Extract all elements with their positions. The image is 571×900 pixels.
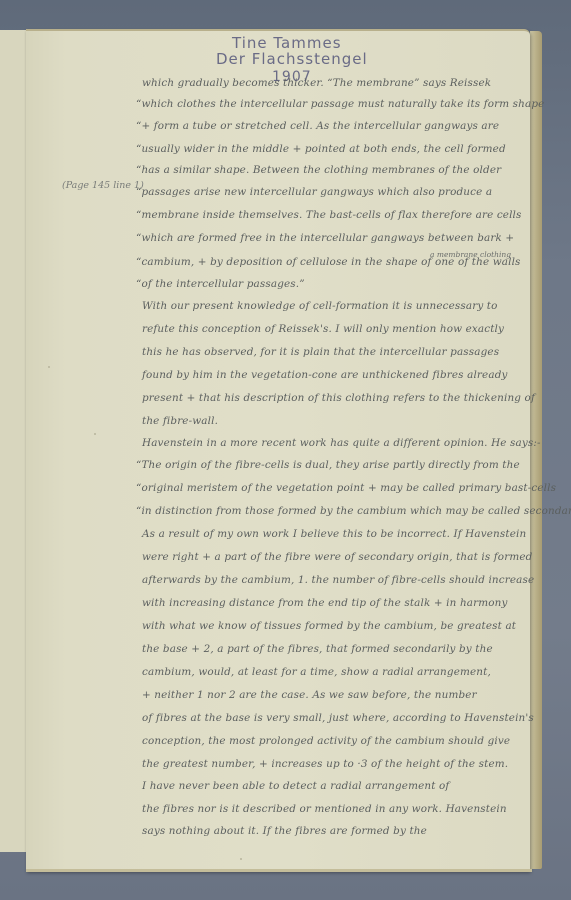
- stamp-title: Der Flachsstengel: [216, 50, 368, 68]
- text-line: of fibres at the base is very small, jus…: [142, 712, 534, 724]
- text-line: Havenstein in a more recent work has qui…: [142, 437, 541, 449]
- text-line: conception, the most prolonged activity …: [142, 735, 510, 747]
- paper-speck: [240, 858, 242, 860]
- text-line: “membrane inside themselves. The bast-ce…: [136, 209, 522, 221]
- text-line: present + that his description of this c…: [142, 392, 535, 404]
- margin-note: (Page 145 line 1): [62, 180, 144, 191]
- text-line: “in distinction from those formed by the…: [136, 505, 571, 517]
- page-stack-edge: [530, 31, 542, 869]
- text-line: “cambium, + by deposition of cellulose i…: [136, 256, 521, 268]
- text-line: As a result of my own work I believe thi…: [142, 528, 526, 540]
- text-line: with what we know of tissues formed by t…: [142, 620, 516, 632]
- text-line: the base + 2, a part of the fibres, that…: [142, 643, 493, 655]
- text-line: “has a similar shape. Between the clothi…: [136, 164, 501, 176]
- text-line: With our present knowledge of cell-forma…: [142, 300, 498, 312]
- text-line: were right + a part of the fibre were of…: [142, 551, 532, 563]
- text-line: the fibres nor is it described or mentio…: [142, 803, 507, 815]
- text-line: found by him in the vegetation-cone are …: [142, 369, 508, 381]
- text-line: I have never been able to detect a radia…: [142, 780, 449, 792]
- text-line: this he has observed, for it is plain th…: [142, 346, 499, 358]
- text-line: “which clothes the intercellular passage…: [136, 98, 544, 110]
- text-line: “usually wider in the middle + pointed a…: [136, 143, 506, 155]
- text-line: + neither 1 nor 2 are the case. As we sa…: [142, 689, 477, 701]
- text-line: “which are formed free in the intercellu…: [136, 232, 514, 244]
- text-line: refute this conception of Reissek's. I w…: [142, 323, 504, 335]
- text-line: “passages arise new intercellular gangwa…: [136, 186, 492, 198]
- text-line: afterwards by the cambium, 1. the number…: [142, 574, 534, 586]
- text-line: “The origin of the fibre-cells is dual, …: [136, 459, 520, 471]
- text-line: which gradually becomes thicker. “The me…: [142, 77, 491, 89]
- text-line: “of the intercellular passages.”: [136, 278, 305, 290]
- text-line: the greatest number, + increases up to ·…: [142, 758, 508, 770]
- paper-speck: [94, 433, 96, 435]
- text-line: “original meristem of the vegetation poi…: [136, 482, 556, 494]
- text-line: says nothing about it. If the fibres are…: [142, 825, 427, 837]
- text-line: the fibre-wall.: [142, 415, 218, 427]
- text-line: with increasing distance from the end ti…: [142, 597, 508, 609]
- text-line: “+ form a tube or stretched cell. As the…: [136, 120, 499, 132]
- text-line: cambium, would, at least for a time, sho…: [142, 666, 491, 678]
- paper-speck: [48, 366, 50, 368]
- page-bottom-edge: [26, 869, 532, 872]
